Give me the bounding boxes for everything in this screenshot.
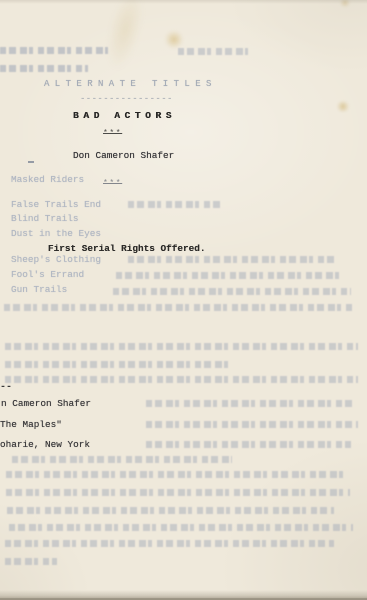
ghost-text-line — [5, 343, 358, 350]
author-address-line: oharie, New York — [0, 440, 90, 449]
author-address-line: n Cameron Shafer — [1, 399, 91, 408]
alternate-title-item: Masked Riders — [11, 175, 84, 184]
asterisk-separator-top: *** — [103, 130, 122, 138]
asterisk-separator-middle: *** — [103, 180, 122, 188]
ghost-text-line — [12, 456, 232, 463]
manuscript-title-page: ALTERNATE TITLES ---------------- BAD AC… — [0, 0, 367, 600]
author-name: Don Cameron Shafer — [73, 151, 174, 160]
page-top-edge-shadow — [0, 0, 367, 4]
heading-underline-dashes: ---------------- — [80, 95, 173, 104]
author-address-line: The Maples" — [0, 420, 62, 429]
alternate-title-item: Sheep's Clothing — [11, 255, 101, 264]
ghost-text-line — [128, 256, 336, 263]
ghost-text-line — [6, 489, 350, 496]
ghost-text-line — [0, 65, 88, 72]
ghost-text-line — [6, 471, 347, 478]
ghost-text-line — [113, 288, 351, 295]
ghost-text-line — [128, 201, 223, 208]
ghost-text-line — [146, 441, 351, 448]
paper-crease-stain — [88, 0, 161, 85]
ghost-text-line — [5, 361, 233, 368]
paper-stain — [164, 31, 184, 48]
ghost-text-line — [146, 421, 358, 428]
pencil-mark — [28, 161, 34, 163]
alternate-title-item: Dust in the Eyes — [11, 229, 101, 238]
alternate-title-item: Fool's Errand — [11, 270, 84, 279]
ghost-text-line — [146, 400, 354, 407]
ghost-text-line — [5, 376, 358, 383]
alternate-title-item: False Trails End — [11, 200, 101, 209]
ghost-text-line — [178, 48, 248, 55]
paper-stain — [336, 101, 350, 112]
ghost-text-line — [4, 304, 354, 311]
ghost-text-line — [5, 558, 57, 565]
ghost-text-line — [116, 272, 344, 279]
alternate-title-item: Blind Trails — [11, 214, 79, 223]
main-title: BAD ACTORS — [73, 111, 176, 121]
alternate-title-item: Gun Trails — [11, 285, 67, 294]
ghost-text-line — [7, 507, 334, 514]
ghost-text-line — [9, 524, 353, 531]
ghost-text-line — [5, 540, 334, 547]
left-margin-dashes: -- — [0, 383, 12, 393]
rights-notice: First Serial Rights Offered. — [48, 244, 206, 253]
